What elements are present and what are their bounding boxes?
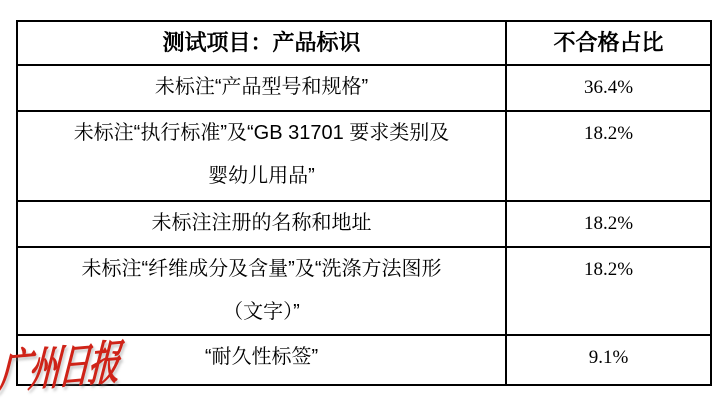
product-labeling-defect-table: 测试项目：产品标识 不合格占比 未标注“产品型号和规格” 36.4% 未标注“执… [16,20,712,386]
defect-item-value: 36.4% [506,65,711,111]
defect-item-label: 未标注注册的名称和地址 [17,201,506,247]
table-row: 未标注注册的名称和地址 18.2% [17,201,711,247]
page: 测试项目：产品标识 不合格占比 未标注“产品型号和规格” 36.4% 未标注“执… [0,0,726,400]
table-row: 未标注“执行标准”及“GB 31701 要求类别及 婴幼儿用品” 18.2% [17,111,711,201]
defect-item-label: 未标注“产品型号和规格” [17,65,506,111]
table-header-row: 测试项目：产品标识 不合格占比 [17,21,711,65]
defect-item-value: 9.1% [506,335,711,385]
defect-item-label: “耐久性标签” [17,335,506,385]
defect-item-label: 未标注“纤维成分及含量”及“洗涤方法图形 （文字）” [17,247,506,335]
defect-item-value: 18.2% [506,111,711,201]
table-row: 未标注“纤维成分及含量”及“洗涤方法图形 （文字）” 18.2% [17,247,711,335]
table-row: “耐久性标签” 9.1% [17,335,711,385]
defect-item-value: 18.2% [506,247,711,335]
table-row: 未标注“产品型号和规格” 36.4% [17,65,711,111]
defect-item-value: 18.2% [506,201,711,247]
header-fail-ratio: 不合格占比 [506,21,711,65]
defect-item-label: 未标注“执行标准”及“GB 31701 要求类别及 婴幼儿用品” [17,111,506,201]
header-test-item: 测试项目：产品标识 [17,21,506,65]
